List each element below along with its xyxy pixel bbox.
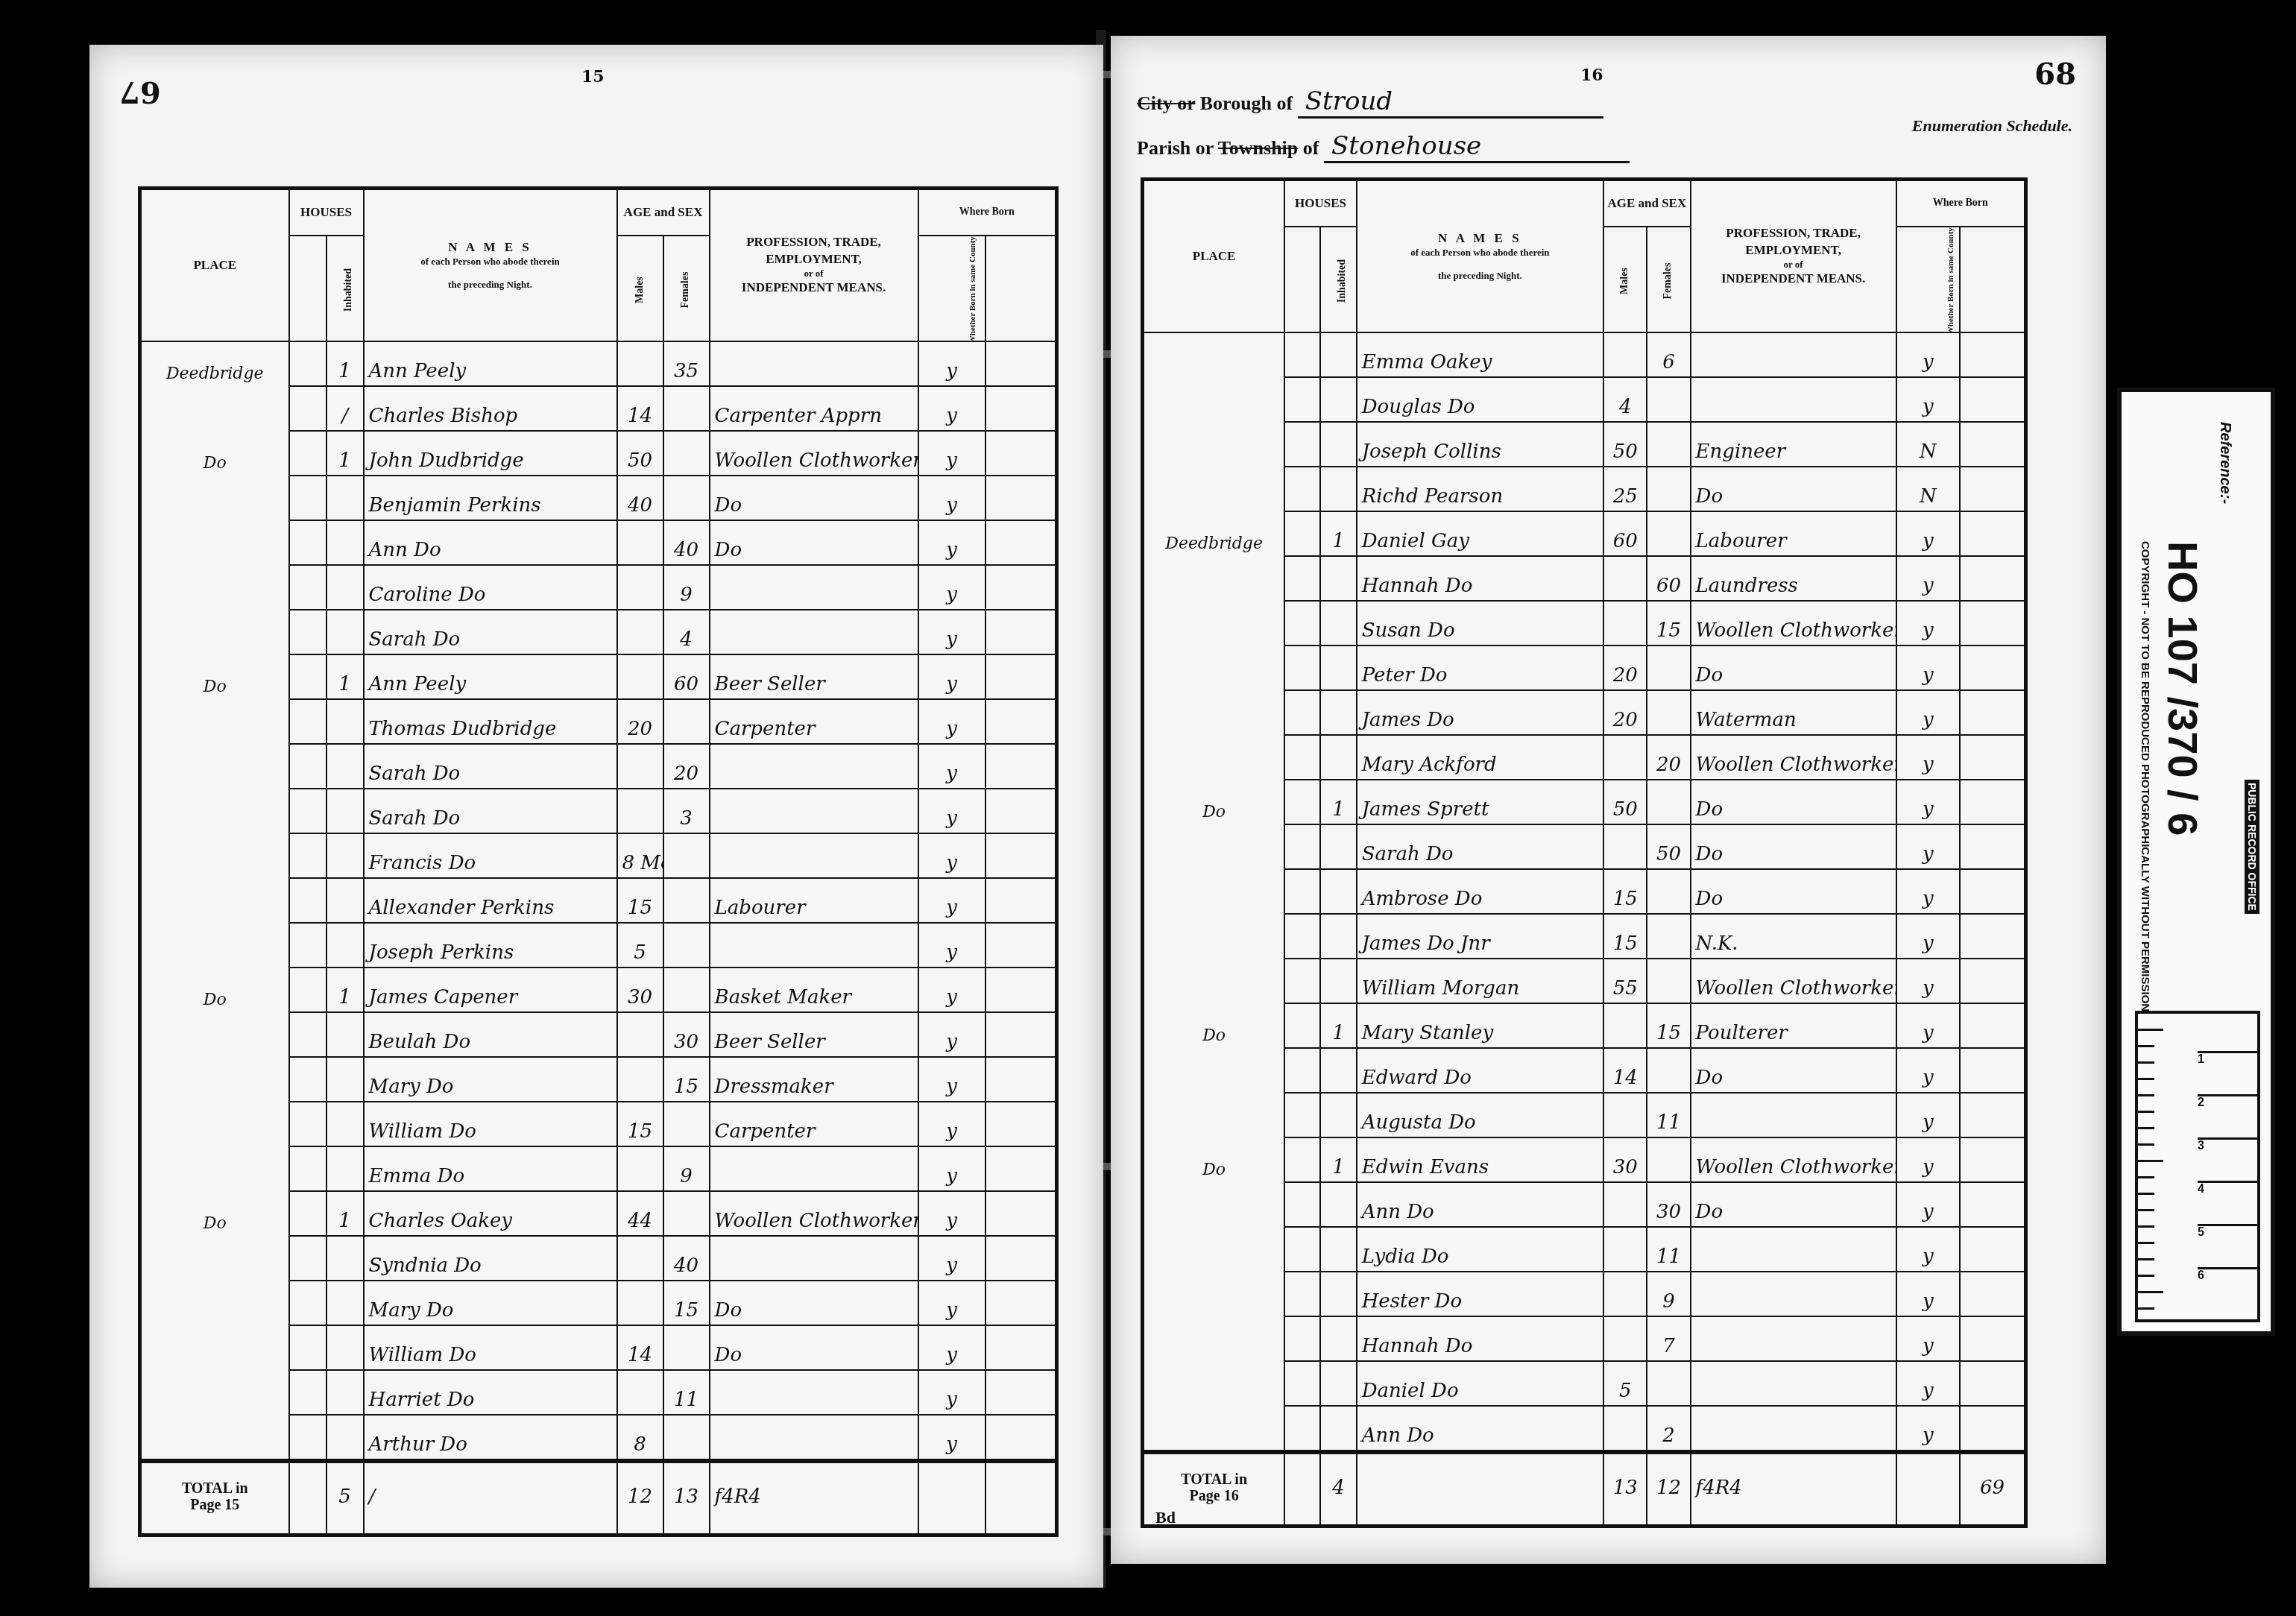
place-cell bbox=[1143, 1272, 1285, 1316]
total-same-county bbox=[918, 1461, 985, 1535]
female-age-cell: 9 bbox=[663, 1146, 710, 1191]
male-age-cell bbox=[617, 1146, 663, 1191]
born-same-county-cell: y bbox=[918, 833, 985, 878]
male-age-cell: 25 bbox=[1603, 467, 1647, 511]
uninhabited-cell bbox=[1284, 1316, 1320, 1361]
male-age-cell: 5 bbox=[617, 923, 663, 968]
born-elsewhere-cell bbox=[985, 789, 1057, 833]
uninhabited-cell bbox=[1284, 914, 1320, 959]
female-age-cell: 15 bbox=[1647, 601, 1690, 646]
uninhabited-cell bbox=[289, 789, 327, 833]
female-age-cell bbox=[1647, 780, 1690, 824]
inhabited-cell bbox=[1320, 556, 1356, 601]
place-cell: Do bbox=[1143, 1137, 1285, 1182]
female-age-cell bbox=[1647, 690, 1690, 735]
born-same-county-cell: y bbox=[1896, 869, 1960, 914]
male-age-cell bbox=[617, 610, 663, 654]
header-elsewhere: Whether Born in Scotland, Ireland, or Fo… bbox=[1960, 227, 2025, 332]
born-same-county-cell: y bbox=[918, 1012, 985, 1057]
inhabited-cell bbox=[327, 1236, 364, 1281]
male-age-cell: 50 bbox=[617, 431, 663, 476]
uninhabited-cell bbox=[1284, 1003, 1320, 1048]
born-same-county-cell: y bbox=[918, 341, 985, 386]
total-uninhabited bbox=[289, 1461, 327, 1535]
name-cell: Emma Do bbox=[364, 1146, 617, 1191]
place-cell bbox=[1143, 601, 1285, 646]
profession-cell bbox=[1691, 1406, 1896, 1452]
born-elsewhere-cell bbox=[985, 833, 1057, 878]
uninhabited-cell bbox=[1284, 1361, 1320, 1406]
female-age-cell bbox=[663, 1415, 710, 1461]
inhabited-cell bbox=[327, 1415, 364, 1461]
profession-cell: Woollen Clothworker bbox=[710, 1191, 918, 1236]
name-cell: Edward Do bbox=[1357, 1048, 1603, 1093]
uninhabited-cell bbox=[1284, 959, 1320, 1003]
born-same-county-cell: y bbox=[918, 610, 985, 654]
born-same-county-cell: y bbox=[1896, 735, 1960, 780]
male-age-cell: 20 bbox=[1603, 646, 1647, 690]
male-age-cell bbox=[1603, 1272, 1647, 1316]
header-names-sub1: of each Person who abode therein bbox=[1357, 247, 1603, 259]
table-row: Mary Do15Dressmakery bbox=[140, 1057, 1057, 1102]
born-same-county-cell: y bbox=[918, 654, 985, 699]
profession-cell bbox=[710, 610, 918, 654]
female-age-cell: 15 bbox=[663, 1281, 710, 1325]
uninhabited-cell bbox=[289, 610, 327, 654]
ruler-tick bbox=[2138, 1111, 2154, 1113]
inhabited-cell bbox=[327, 699, 364, 744]
table-row: /Charles Bishop14Carpenter Apprny bbox=[140, 386, 1057, 431]
header-inhabited: Inhabited bbox=[327, 236, 364, 341]
profession-cell bbox=[1691, 332, 1896, 377]
place-cell bbox=[140, 1236, 289, 1281]
table-row: Do1Ann Peely60Beer Sellery bbox=[140, 654, 1057, 699]
female-age-cell: 40 bbox=[663, 1236, 710, 1281]
header-uninhabited: Uninhabited or Building bbox=[289, 236, 327, 341]
header-profession-line: EMPLOYMENT, bbox=[1691, 242, 1896, 259]
born-elsewhere-cell bbox=[1960, 511, 2025, 556]
inhabited-cell bbox=[1320, 646, 1356, 690]
male-age-cell: 14 bbox=[1603, 1048, 1647, 1093]
inhabited-cell bbox=[327, 1281, 364, 1325]
left-page: 67 15 PLACE HOUSES N A M E S of each Per… bbox=[89, 45, 1103, 1588]
profession-cell bbox=[710, 833, 918, 878]
female-age-cell: 30 bbox=[1647, 1182, 1690, 1227]
profession-cell bbox=[710, 744, 918, 789]
born-elsewhere-cell bbox=[985, 744, 1057, 789]
female-age-cell: 60 bbox=[1647, 556, 1690, 601]
ruler-tick bbox=[2138, 1160, 2163, 1162]
male-age-cell: 4 bbox=[1603, 377, 1647, 422]
male-age-cell: 8 bbox=[617, 1415, 663, 1461]
total-names: / bbox=[364, 1461, 617, 1535]
total-label: TOTAL inPage 15 bbox=[140, 1461, 289, 1535]
born-elsewhere-cell bbox=[1960, 780, 2025, 824]
female-age-cell bbox=[1647, 1137, 1690, 1182]
profession-cell: Labourer bbox=[710, 878, 918, 923]
born-elsewhere-cell bbox=[985, 610, 1057, 654]
table-row: Do1John Dudbridge50Woollen Clothworkery bbox=[140, 431, 1057, 476]
inhabited-cell bbox=[1320, 422, 1356, 467]
inhabited-cell: 1 bbox=[327, 654, 364, 699]
profession-cell: Woollen Clothworker bbox=[1691, 1137, 1896, 1182]
profession-cell: Carpenter bbox=[710, 699, 918, 744]
born-elsewhere-cell bbox=[985, 1370, 1057, 1415]
table-row: William Do14Doy bbox=[140, 1325, 1057, 1370]
inhabited-cell bbox=[327, 520, 364, 565]
female-age-cell: 15 bbox=[663, 1057, 710, 1102]
profession-cell: Do bbox=[710, 476, 918, 520]
male-age-cell bbox=[617, 520, 663, 565]
right-page: 16 68 City or Borough of Stroud Parish o… bbox=[1111, 36, 2106, 1564]
profession-cell: Do bbox=[710, 520, 918, 565]
inhabited-cell bbox=[1320, 824, 1356, 869]
uninhabited-cell bbox=[289, 833, 327, 878]
place-cell bbox=[1143, 1048, 1285, 1093]
header-males: Males bbox=[617, 236, 663, 341]
table-row: James Do Jnr15N.K.y bbox=[1143, 914, 2026, 959]
table-row: Daniel Do5y bbox=[1143, 1361, 2026, 1406]
female-age-cell bbox=[1647, 511, 1690, 556]
header-names-title: N A M E S bbox=[365, 239, 616, 256]
born-same-county-cell: y bbox=[1896, 1003, 1960, 1048]
born-same-county-cell: y bbox=[918, 744, 985, 789]
place-cell: Do bbox=[140, 968, 289, 1012]
place-cell bbox=[140, 565, 289, 610]
male-age-cell: 20 bbox=[617, 699, 663, 744]
place-cell bbox=[140, 1057, 289, 1102]
name-cell: Hester Do bbox=[1357, 1272, 1603, 1316]
place-cell bbox=[140, 1325, 289, 1370]
male-age-cell: 20 bbox=[1603, 690, 1647, 735]
table-row: Emma Do9y bbox=[140, 1146, 1057, 1191]
uninhabited-cell bbox=[289, 878, 327, 923]
total-label-line: Page 16 bbox=[1149, 1488, 1279, 1504]
born-same-county-cell: y bbox=[918, 386, 985, 431]
header-where-born: Where Born bbox=[918, 189, 1057, 236]
place-cell bbox=[140, 878, 289, 923]
profession-cell: Beer Seller bbox=[710, 654, 918, 699]
total-profession: f4R4 bbox=[1691, 1452, 1896, 1527]
place-cell bbox=[140, 1012, 289, 1057]
inhabited-cell bbox=[327, 878, 364, 923]
male-age-cell bbox=[617, 789, 663, 833]
header-age-sex: AGE and SEX bbox=[1603, 180, 1690, 227]
folio-number: 67 bbox=[119, 75, 161, 110]
uninhabited-cell bbox=[289, 699, 327, 744]
profession-cell: Carpenter bbox=[710, 1102, 918, 1146]
header-age-sex: AGE and SEX bbox=[617, 189, 710, 236]
name-cell: Richd Pearson bbox=[1357, 467, 1603, 511]
name-cell: Daniel Gay bbox=[1357, 511, 1603, 556]
header-profession-line: PROFESSION, TRADE, bbox=[710, 234, 918, 250]
female-age-cell bbox=[1647, 377, 1690, 422]
place-cell bbox=[140, 833, 289, 878]
female-age-cell bbox=[663, 1325, 710, 1370]
male-age-cell bbox=[617, 1281, 663, 1325]
inhabited-cell bbox=[1320, 467, 1356, 511]
profession-cell bbox=[710, 789, 918, 833]
inhabited-cell bbox=[1320, 377, 1356, 422]
uninhabited-cell bbox=[289, 1057, 327, 1102]
table-row: Syndnia Do40y bbox=[140, 1236, 1057, 1281]
inhabited-cell bbox=[327, 1057, 364, 1102]
female-age-cell bbox=[663, 699, 710, 744]
ruler-tick bbox=[2138, 1225, 2154, 1228]
name-cell: Joseph Collins bbox=[1357, 422, 1603, 467]
table-row: Augusta Do11y bbox=[1143, 1093, 2026, 1137]
female-age-cell: 2 bbox=[1647, 1406, 1690, 1452]
inhabited-cell bbox=[1320, 1316, 1356, 1361]
profession-cell: Engineer bbox=[1691, 422, 1896, 467]
total-inhabited: 5 bbox=[327, 1461, 364, 1535]
uninhabited-cell bbox=[289, 1102, 327, 1146]
place-cell bbox=[1143, 959, 1285, 1003]
uninhabited-cell bbox=[289, 1191, 327, 1236]
born-elsewhere-cell bbox=[985, 1236, 1057, 1281]
inhabited-cell bbox=[327, 476, 364, 520]
footer-note: Bd bbox=[1155, 1508, 1176, 1527]
born-elsewhere-cell bbox=[1960, 1272, 2025, 1316]
table-row: Do1James Capener30Basket Makery bbox=[140, 968, 1057, 1012]
born-same-county-cell: y bbox=[918, 1281, 985, 1325]
born-same-county-cell: y bbox=[918, 878, 985, 923]
born-same-county-cell: y bbox=[1896, 780, 1960, 824]
uninhabited-cell bbox=[1284, 1093, 1320, 1137]
born-same-county-cell: y bbox=[1896, 914, 1960, 959]
female-age-cell: 9 bbox=[1647, 1272, 1690, 1316]
table-row: Edward Do14Doy bbox=[1143, 1048, 2026, 1093]
header-uninhabited: Uninhabited or Building bbox=[1284, 227, 1320, 332]
name-cell: Arthur Do bbox=[364, 1415, 617, 1461]
profession-cell bbox=[710, 1415, 918, 1461]
header-females: Females bbox=[663, 236, 710, 341]
name-cell: Ann Do bbox=[1357, 1182, 1603, 1227]
born-elsewhere-cell bbox=[985, 386, 1057, 431]
parish-label-end: of bbox=[1303, 137, 1319, 159]
table-row: Sarah Do50Doy bbox=[1143, 824, 2026, 869]
born-elsewhere-cell bbox=[1960, 332, 2025, 377]
female-age-cell: 6 bbox=[1647, 332, 1690, 377]
female-age-cell bbox=[663, 1191, 710, 1236]
name-cell: James Do bbox=[1357, 690, 1603, 735]
table-row: Beulah Do30Beer Sellery bbox=[140, 1012, 1057, 1057]
born-elsewhere-cell bbox=[1960, 735, 2025, 780]
born-elsewhere-cell bbox=[1960, 959, 2025, 1003]
born-same-county-cell: y bbox=[918, 1057, 985, 1102]
place-cell bbox=[1143, 332, 1285, 377]
inhabited-cell: 1 bbox=[327, 341, 364, 386]
inhabited-cell bbox=[1320, 1182, 1356, 1227]
born-elsewhere-cell bbox=[1960, 1093, 2025, 1137]
place-cell bbox=[140, 744, 289, 789]
inhabited-cell bbox=[1320, 1227, 1356, 1272]
name-cell: Francis Do bbox=[364, 833, 617, 878]
born-same-county-cell: y bbox=[918, 1236, 985, 1281]
female-age-cell bbox=[1647, 869, 1690, 914]
header-inhabited-label: Inhabited bbox=[342, 268, 356, 312]
header-profession-line: INDEPENDENT MEANS. bbox=[710, 280, 918, 296]
born-same-county-cell: y bbox=[1896, 646, 1960, 690]
born-elsewhere-cell bbox=[1960, 1227, 2025, 1272]
female-age-cell bbox=[663, 923, 710, 968]
header-names: N A M E S of each Person who abode there… bbox=[1357, 180, 1603, 333]
header-elsewhere: Whether Born in Scotland, Ireland, or Fo… bbox=[985, 236, 1057, 341]
male-age-cell bbox=[617, 1012, 663, 1057]
table-row: Hannah Do60Laundressy bbox=[1143, 556, 2026, 601]
total-label-line: TOTAL in bbox=[1149, 1471, 1279, 1488]
place-cell bbox=[1143, 1361, 1285, 1406]
uninhabited-cell bbox=[1284, 735, 1320, 780]
reference-number: HO 107 /370 / 6 bbox=[2159, 541, 2207, 836]
uninhabited-cell bbox=[1284, 1272, 1320, 1316]
place-cell bbox=[1143, 646, 1285, 690]
male-age-cell: 15 bbox=[1603, 914, 1647, 959]
female-age-cell bbox=[663, 386, 710, 431]
table-row: Deedbridge1Ann Peely35y bbox=[140, 341, 1057, 386]
ruler-tick bbox=[2138, 1078, 2154, 1080]
female-age-cell: 60 bbox=[663, 654, 710, 699]
name-cell: Mary Stanley bbox=[1357, 1003, 1603, 1048]
profession-cell bbox=[1691, 1361, 1896, 1406]
inhabited-cell bbox=[327, 833, 364, 878]
born-elsewhere-cell bbox=[1960, 869, 2025, 914]
header-place: PLACE bbox=[140, 189, 289, 342]
uninhabited-cell bbox=[289, 1415, 327, 1461]
name-cell: Thomas Dudbridge bbox=[364, 699, 617, 744]
profession-cell: Poulterer bbox=[1691, 1003, 1896, 1048]
born-elsewhere-cell bbox=[985, 1415, 1057, 1461]
table-row: Peter Do20Doy bbox=[1143, 646, 2026, 690]
born-same-county-cell: y bbox=[1896, 1137, 1960, 1182]
uninhabited-cell bbox=[289, 744, 327, 789]
header-houses: HOUSES bbox=[289, 189, 364, 236]
born-same-county-cell: y bbox=[1896, 377, 1960, 422]
born-same-county-cell: y bbox=[918, 1102, 985, 1146]
name-cell: James Do Jnr bbox=[1357, 914, 1603, 959]
name-cell: Susan Do bbox=[1357, 601, 1603, 646]
copyright-notice: COPYRIGHT - NOT TO BE REPRODUCED PHOTOGR… bbox=[2139, 541, 2151, 1011]
born-elsewhere-cell bbox=[1960, 824, 2025, 869]
place-cell: Do bbox=[1143, 1003, 1285, 1048]
total-label-line: Page 15 bbox=[146, 1497, 284, 1513]
born-same-county-cell: y bbox=[918, 789, 985, 833]
inhabited-cell bbox=[327, 789, 364, 833]
parish-label-strike: Township bbox=[1218, 137, 1298, 159]
inhabited-cell bbox=[1320, 601, 1356, 646]
place-cell bbox=[1143, 1227, 1285, 1272]
inhabited-cell: / bbox=[327, 386, 364, 431]
female-age-cell bbox=[1647, 646, 1690, 690]
profession-cell bbox=[710, 565, 918, 610]
place-cell bbox=[1143, 467, 1285, 511]
male-age-cell: 44 bbox=[617, 1191, 663, 1236]
male-age-cell bbox=[1603, 1316, 1647, 1361]
born-elsewhere-cell bbox=[985, 1191, 1057, 1236]
header-profession-line: or of bbox=[710, 268, 918, 280]
female-age-cell: 30 bbox=[663, 1012, 710, 1057]
profession-cell bbox=[710, 923, 918, 968]
parish-line: Parish or Township of Stonehouse bbox=[1137, 131, 1630, 163]
table-row: Richd Pearson25DoN bbox=[1143, 467, 2026, 511]
census-rows-left: Deedbridge1Ann Peely35y/Charles Bishop14… bbox=[140, 341, 1057, 1535]
header-profession-line: or of bbox=[1691, 259, 1896, 271]
ruler-cm-mark: 1 bbox=[2198, 1051, 2257, 1067]
male-age-cell bbox=[1603, 1003, 1647, 1048]
female-age-cell: 20 bbox=[663, 744, 710, 789]
born-elsewhere-cell bbox=[1960, 1361, 2025, 1406]
place-cell bbox=[1143, 1406, 1285, 1452]
uninhabited-cell bbox=[289, 654, 327, 699]
name-cell: Edwin Evans bbox=[1357, 1137, 1603, 1182]
header-males-label: Males bbox=[1618, 268, 1632, 294]
born-same-county-cell: y bbox=[1896, 1316, 1960, 1361]
born-same-county-cell: y bbox=[1896, 1227, 1960, 1272]
total-inhabited: 4 bbox=[1320, 1452, 1356, 1527]
table-row: Ann Do40Doy bbox=[140, 520, 1057, 565]
folio-number: 68 bbox=[2034, 57, 2076, 92]
place-cell bbox=[140, 1370, 289, 1415]
male-age-cell bbox=[617, 1370, 663, 1415]
uninhabited-cell bbox=[1284, 1406, 1320, 1452]
male-age-cell bbox=[617, 1236, 663, 1281]
header-females: Females bbox=[1647, 227, 1690, 332]
female-age-cell bbox=[663, 1102, 710, 1146]
table-row: William Do15Carpentery bbox=[140, 1102, 1057, 1146]
male-age-cell bbox=[617, 565, 663, 610]
male-age-cell: 50 bbox=[1603, 780, 1647, 824]
born-same-county-cell: y bbox=[918, 565, 985, 610]
born-elsewhere-cell bbox=[1960, 467, 2025, 511]
uninhabited-cell bbox=[289, 1370, 327, 1415]
table-row: Lydia Do11y bbox=[1143, 1227, 2026, 1272]
name-cell: James Capener bbox=[364, 968, 617, 1012]
place-cell bbox=[140, 1102, 289, 1146]
header-names-sub2: the preceding Night. bbox=[365, 279, 616, 291]
born-same-county-cell: y bbox=[918, 968, 985, 1012]
ruler-tick bbox=[2138, 1258, 2154, 1260]
born-same-county-cell: y bbox=[1896, 332, 1960, 377]
profession-cell bbox=[1691, 1227, 1896, 1272]
profession-cell: N.K. bbox=[1691, 914, 1896, 959]
place-cell bbox=[1143, 1182, 1285, 1227]
uninhabited-cell bbox=[289, 431, 327, 476]
name-cell: James Sprett bbox=[1357, 780, 1603, 824]
born-same-county-cell: y bbox=[918, 1325, 985, 1370]
uninhabited-cell bbox=[1284, 869, 1320, 914]
born-same-county-cell: y bbox=[1896, 690, 1960, 735]
born-same-county-cell: y bbox=[1896, 824, 1960, 869]
female-age-cell bbox=[1647, 467, 1690, 511]
born-elsewhere-cell bbox=[985, 476, 1057, 520]
profession-cell: Do bbox=[710, 1325, 918, 1370]
inhabited-cell bbox=[327, 1146, 364, 1191]
uninhabited-cell bbox=[1284, 422, 1320, 467]
total-row: TOTAL inPage 1641312f4R469 bbox=[1143, 1452, 2026, 1527]
header-inhabited-label: Inhabited bbox=[1337, 259, 1350, 303]
profession-cell bbox=[1691, 1316, 1896, 1361]
table-row: Sarah Do3y bbox=[140, 789, 1057, 833]
header-houses: HOUSES bbox=[1284, 180, 1356, 227]
name-cell: Mary Ackford bbox=[1357, 735, 1603, 780]
male-age-cell: 55 bbox=[1603, 959, 1647, 1003]
uninhabited-cell bbox=[289, 1146, 327, 1191]
female-age-cell bbox=[663, 476, 710, 520]
born-same-county-cell: y bbox=[1896, 959, 1960, 1003]
table-row: Caroline Do9y bbox=[140, 565, 1057, 610]
male-age-cell: 30 bbox=[1603, 1137, 1647, 1182]
uninhabited-cell bbox=[1284, 556, 1320, 601]
